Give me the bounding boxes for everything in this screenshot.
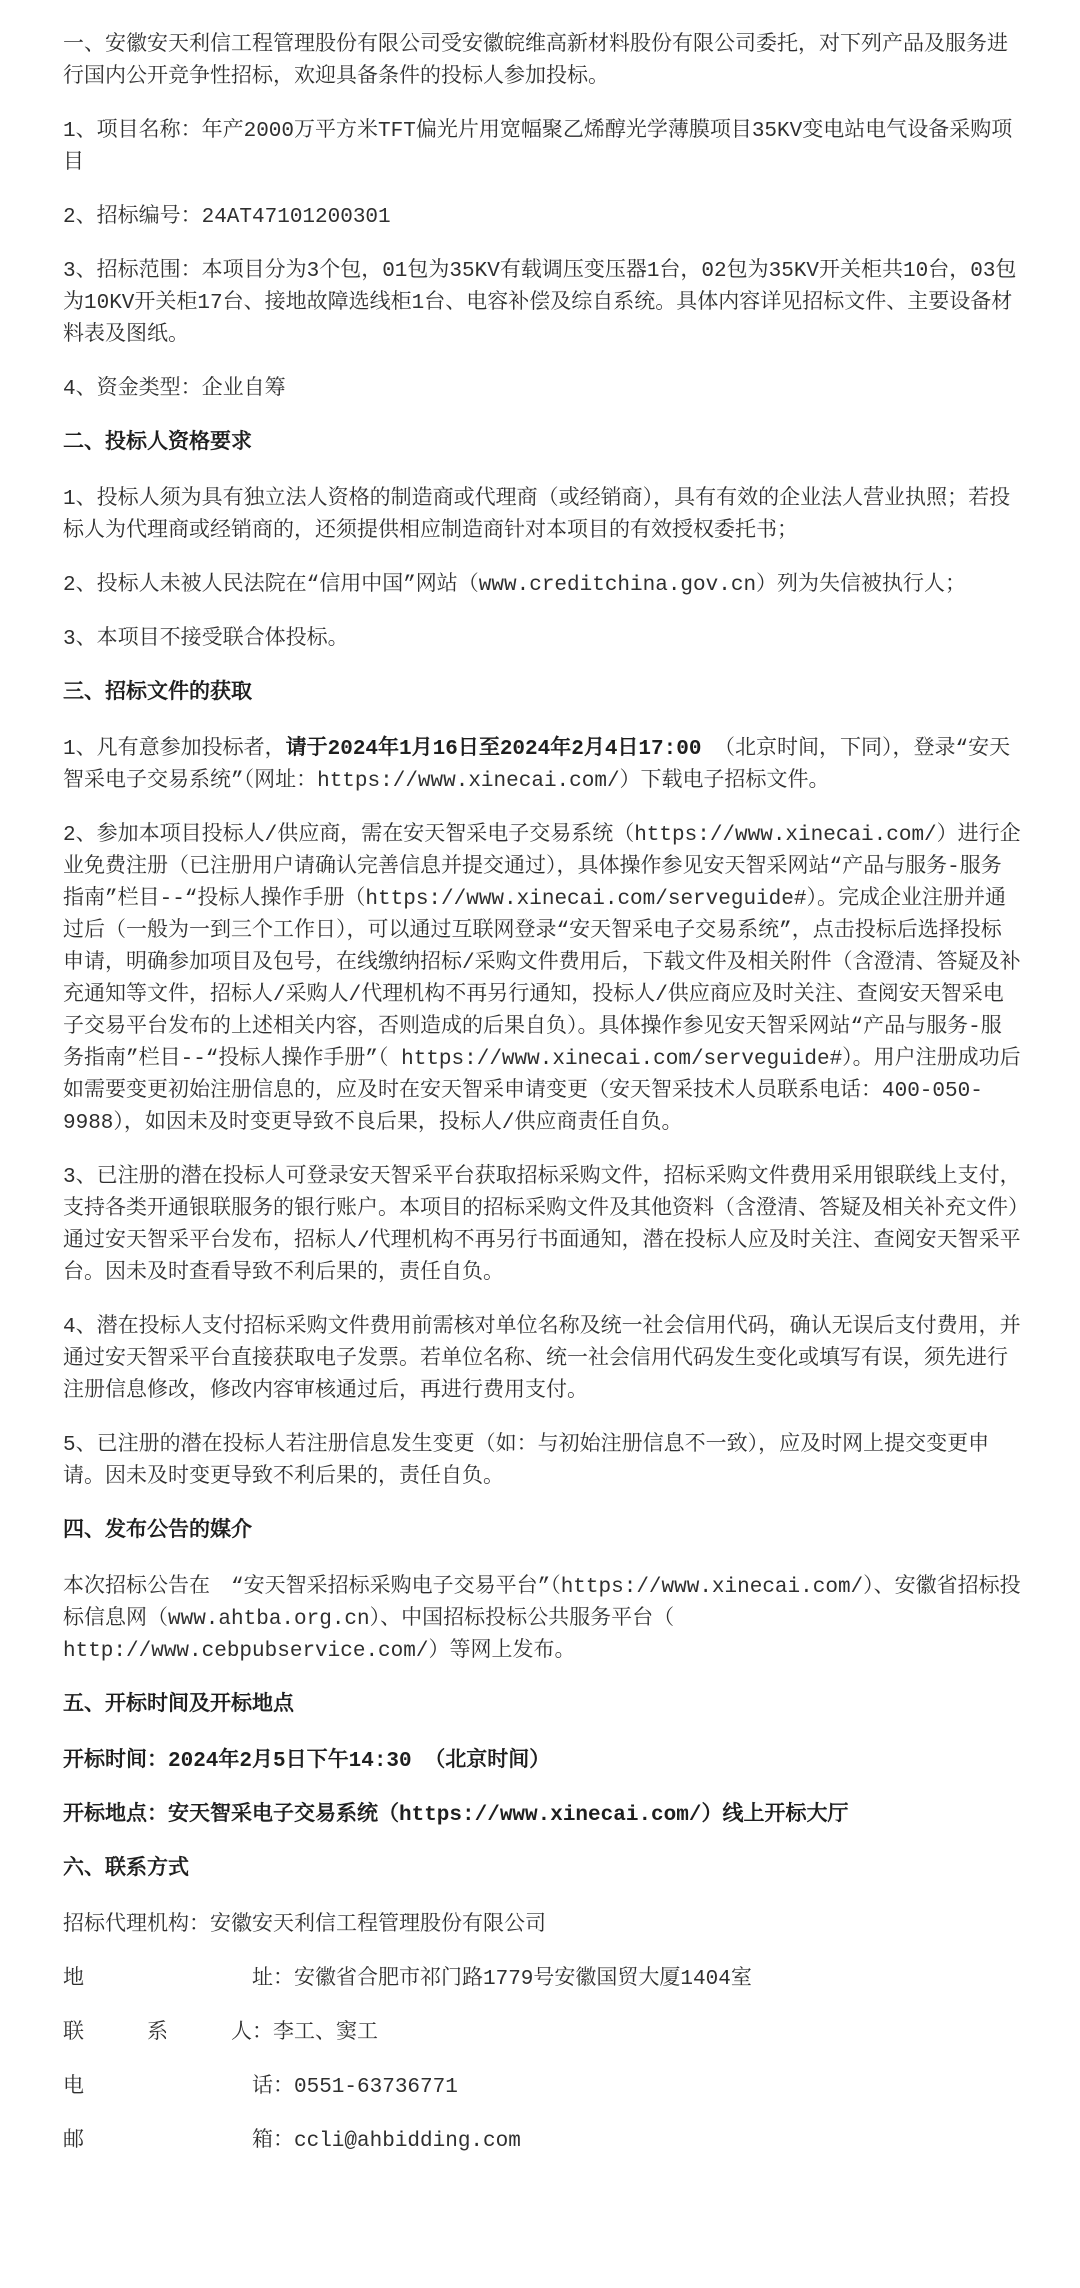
intro-paragraph: 一、安徽安天利信工程管理股份有限公司受安徽皖维高新材料股份有限公司委托，对下列产…: [63, 30, 1022, 94]
section2-heading: 二、投标人资格要求: [63, 428, 1022, 460]
bid-opening-place: 开标地点：安天智采电子交易系统（https://www.xinecai.com/…: [63, 1800, 1022, 1832]
agency-line: 招标代理机构：安徽安天利信工程管理股份有限公司: [63, 1910, 1022, 1942]
document-obtain-item-5: 5、已注册的潜在投标人若注册信息发生变更（如：与初始注册信息不一致），应及时网上…: [63, 1430, 1022, 1494]
phone-line: 电 话：0551-63736771: [63, 2072, 1022, 2104]
section6-heading: 六、联系方式: [63, 1854, 1022, 1886]
section5-heading: 五、开标时间及开标地点: [63, 1690, 1022, 1722]
bid-scope-item: 3、招标范围：本项目分为3个包，01包为35KV有载调压变压器1台，02包为35…: [63, 256, 1022, 352]
contact-person-line: 联 系 人：李工、窦工: [63, 2018, 1022, 2050]
document-obtain-item-3: 3、已注册的潜在投标人可登录安天智采平台获取招标采购文件，招标采购文件费用采用银…: [63, 1162, 1022, 1290]
item1-bold-date-range: 请于2024年1月16日至2024年2月4日17:00: [286, 738, 702, 761]
qualification-item-3: 3、本项目不接受联合体投标。: [63, 624, 1022, 656]
email-line: 邮 箱：ccli@ahbidding.com: [63, 2126, 1022, 2158]
section4-heading: 四、发布公告的媒介: [63, 1516, 1022, 1548]
qualification-item-1: 1、投标人须为具有独立法人资格的制造商或代理商（或经销商），具有有效的企业法人营…: [63, 484, 1022, 548]
document-obtain-item-2: 2、参加本项目投标人/供应商，需在安天智采电子交易系统（https://www.…: [63, 820, 1022, 1140]
item1-regular-pre: 1、凡有意参加投标者，: [63, 738, 286, 761]
document-obtain-item-1: 1、凡有意参加投标者，请于2024年1月16日至2024年2月4日17:00 （…: [63, 734, 1022, 798]
tender-announcement-document: 一、安徽安天利信工程管理股份有限公司受安徽皖维高新材料股份有限公司委托，对下列产…: [0, 0, 1080, 2288]
project-name-item: 1、项目名称：年产2000万平方米TFT偏光片用宽幅聚乙烯醇光学薄膜项目35KV…: [63, 116, 1022, 180]
address-line: 地 址：安徽省合肥市祁门路1779号安徽国贸大厦1404室: [63, 1964, 1022, 1996]
fund-type-item: 4、资金类型：企业自筹: [63, 374, 1022, 406]
document-obtain-item-4: 4、潜在投标人支付招标采购文件费用前需核对单位名称及统一社会信用代码，确认无误后…: [63, 1312, 1022, 1408]
bid-opening-time: 开标时间：2024年2月5日下午14:30 （北京时间）: [63, 1746, 1022, 1778]
qualification-item-2: 2、投标人未被人民法院在“信用中国”网站（www.creditchina.gov…: [63, 570, 1022, 602]
section3-heading: 三、招标文件的获取: [63, 678, 1022, 710]
bid-number-item: 2、招标编号：24AT47101200301: [63, 202, 1022, 234]
announcement-media-paragraph: 本次招标公告在 “安天智采招标采购电子交易平台”（https://www.xin…: [63, 1572, 1022, 1668]
